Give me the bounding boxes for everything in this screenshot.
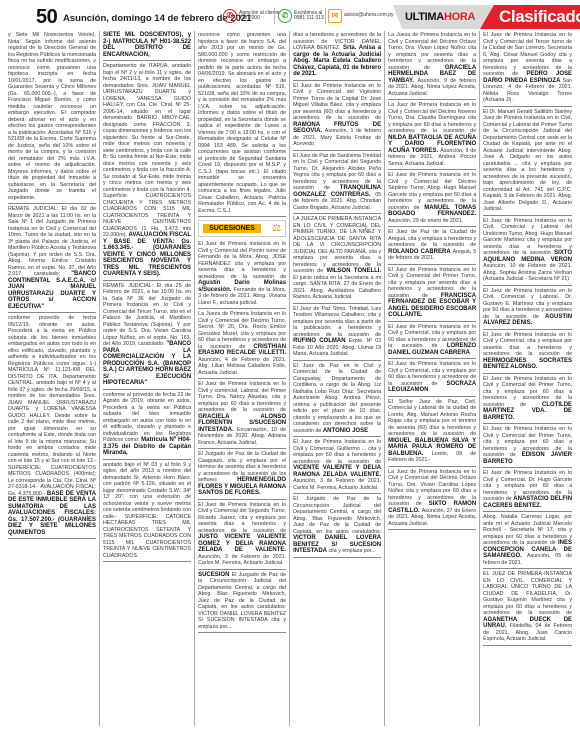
classified-ad: El Juez de Paz Stma. Trinidad, Luis Teod…: [293, 305, 381, 361]
classified-ad: El Juez de Paz en lo Civil y Comercial d…: [293, 362, 381, 438]
ad-highlight: RAMONA FRUTOS DE SEGOVIA.: [293, 122, 381, 135]
ad-highlight: INES CONCEPCION CANELA DE SAMANIEGO.: [483, 540, 572, 559]
classified-ad: El Juez de Paz de Santísima Trinidad en …: [293, 152, 381, 215]
ad-highlight: PEDRO JOSE DARIO PINEDA ESPINOZA: [483, 71, 572, 84]
divider: [325, 8, 326, 24]
classified-ad: reconoce como gravamen una hipoteca a fa…: [198, 31, 286, 217]
ad-highlight: WILSON TONELLI.: [326, 268, 381, 274]
column-3: reconoce como gravamen una hipoteca a fa…: [195, 31, 290, 726]
ad-highlight: Matrícula Nº H04-3.375 del Distrito de C…: [103, 437, 191, 456]
classified-ad: Abog. Natalia Carreras Logar, por ante m…: [483, 513, 572, 569]
classified-ad: días a herederos y acreedores de la suce…: [293, 31, 381, 81]
classified-ad: El Juzgado de Paz de la Ciudad de Caagua…: [198, 450, 286, 500]
classified-ad: conforme al proveído de fecha 22 de Agos…: [103, 391, 191, 460]
classified-ad: El Juzgado de Paz de la Circunscripción …: [293, 495, 381, 558]
contact-value: 0981 111 013: [294, 15, 324, 21]
classified-ad: El Juez de Primera Instancia en lo Civil…: [483, 331, 572, 374]
section-label: SUCESIONES: [203, 224, 261, 233]
contact-value: avisos@uhora.com.py: [344, 13, 394, 19]
ad-highlight: SIXTO AQUILANO MEDINA VERON: [483, 250, 572, 263]
ad-highlight: ANASTACIO DELFIN CACERES BENITEZ.: [483, 496, 572, 509]
ad-highlight: BASE DE VENTA DE ESTE INMUEBLE SERÁ LA S…: [8, 491, 96, 536]
classified-ad: El Juez de Primera Instancia en lo Civil…: [483, 425, 572, 468]
classified-ad: REMATE JUDICIAL: El día 02 de Marzo de 2…: [8, 205, 96, 313]
ad-highlight: LORENZO DANIEL GUZMAN CABRERA: [388, 343, 476, 356]
classified-ad: y Siete Mil Novecientos Veinte). Nota: S…: [8, 31, 96, 204]
classified-ad: EL JUEZ DE PRIMERA INSTANCIA EN LO CIVIL…: [483, 570, 572, 646]
ad-highlight: AGUSTIN ALVAREZ DENIS.: [483, 314, 572, 327]
newspaper-logo: ULTIMAHORA: [405, 11, 475, 23]
column-6: El Juez de Primera Instancia en lo Civil…: [480, 31, 575, 726]
page-number: 50: [36, 6, 57, 29]
page-header: 50 Asunción, domingo 14 de febrero de 20…: [0, 0, 580, 30]
ad-highlight: MIGUEL BALBUENA SILVA Y MARIA PAULA ROME…: [388, 438, 476, 457]
classified-ad: El Juez de Primera Instancia en lo Civil…: [198, 501, 286, 570]
classified-ad: El Juez de Primera Instancia en lo Civil…: [483, 469, 572, 512]
classified-ad: REMATE JUDICIAL: El día 25 de Febrero de…: [103, 282, 191, 390]
classified-ad: La Jueza de Primera Instancia en lo Civi…: [198, 310, 286, 379]
ad-highlight: MANUEL TOMAS BOGADO FERNANDEZ.: [388, 205, 476, 218]
ad-highlight: CLOTILDE MARTINEZ VDA. DE BARRETO.: [483, 402, 572, 421]
contact-value: 415 7000: [239, 15, 260, 21]
ad-highlight: EDISON JAVIER BARRETO: [483, 452, 572, 465]
classified-ad: conforme proveído de fecha 05/12/19, obr…: [8, 314, 96, 539]
column-5: La Jueza de Primera Instancia en lo Civi…: [385, 31, 480, 726]
ad-highlight: FRANCISCA FERNANDEZ DE ESCOBAR Y ANGEL D…: [388, 293, 476, 319]
classified-ad: El Juez de Primera Instancia en lo Civil…: [388, 171, 476, 227]
column-1: y Siete Mil Novecientos Veinte). Nota: S…: [5, 31, 100, 726]
ad-highlight: NILDA BATTAGLIA DE ACUÑA Y DARIO FLORENT…: [388, 135, 476, 154]
ad-highlight: HERMENEGILDO FLORES Y MIGUELA RAMONA SAN…: [198, 477, 286, 496]
email-contact: ✉ avisos@uhora.com.py: [328, 6, 394, 26]
classified-ad: El Juez de Primera Instancia en lo Civil…: [293, 438, 381, 494]
brand-banner: ULTIMAHORA Clasificados: [393, 5, 580, 29]
classified-ad: El Señor Juez de Paz, Civil, Comercial y…: [388, 398, 476, 467]
ad-highlight: ANTONIO JOSE: [323, 428, 368, 434]
classified-ad: El Juez de Primera Instancia en lo Civil…: [483, 375, 572, 425]
classified-ad: El Juez de Primera Instancia en lo Civil…: [388, 323, 476, 360]
classified-ad: El Juez de Primera Instancia en lo Civil…: [483, 287, 572, 330]
classified-ad: El Juez de Primera Instancia en lo Civil…: [198, 240, 286, 309]
classified-ad: anotado bajo el Nº 03 y al folio 9 y sgt…: [103, 461, 191, 563]
email-icon: ✉: [328, 9, 342, 23]
ad-highlight: CRISTHIAN ERASMO RECALDE VILLETTI.: [198, 344, 286, 357]
ad-highlight: JUSTO VICENTE VALIENTE GOMEZ Y DELIA RAM…: [198, 534, 286, 553]
ad-highlight: HERMOGENES SOCRATES BENITEZ ALONSO.: [483, 358, 572, 371]
ad-highlight: SUCESION: [198, 572, 232, 578]
classified-ad: LA JUEZA DE PRIMERA INSTANCIA EN LO CIVI…: [293, 215, 381, 304]
divider: [274, 8, 275, 24]
scales-icon: ⚖: [272, 223, 281, 234]
section-title: Clasificados: [499, 7, 580, 27]
ad-highlight: Srta. Anisa a cargo de la Actuaria Judic…: [293, 45, 381, 77]
ad-highlight: VICTOR DANIEL LOVERA BENITEZ S/ SUCESION…: [293, 535, 381, 554]
classified-ad: El Dr. Manuel Gerald Saltildín Stanley J…: [483, 108, 572, 216]
ad-highlight: RUFINO COLMAN: [293, 338, 349, 344]
whatsapp-icon: ✆: [278, 9, 292, 23]
whatsapp-contact: ✆ Escribinos al0981 111 013: [278, 6, 324, 26]
classifieds-columns: y Siete Mil Novecientos Veinte). Nota: S…: [5, 31, 575, 726]
ad-highlight: GRACIELA ALONSO FLORENTIN S/SUCESION INT…: [198, 414, 286, 433]
ad-highlight: SIXTO RAMON CASTILLO.: [388, 501, 476, 514]
ad-highlight: "BANCO CONTINENTAL S.A.E.C.A. c/ JUAN MA…: [8, 271, 96, 310]
classified-ad: La Juez de Primera Instancia en lo Civil…: [388, 101, 476, 170]
classified-ad: El Juez de Primera Instancia en lo Civil…: [293, 82, 381, 151]
classified-ad: SUCESION El Juzgado de Paz de la Circuns…: [198, 571, 286, 634]
ad-highlight: AGANETHA DUECK DE UNRAU.: [483, 617, 572, 630]
phone-icon: ✆: [223, 9, 237, 23]
section-header-sucesiones: SUCESIONES⚖: [198, 220, 286, 237]
ad-highlight: VICENTE VALIENTE Y DELIA RAMONA ZELADA V…: [293, 465, 381, 478]
ad-highlight: ROLANDO CABRERA: [388, 249, 453, 255]
classified-ad: Departamento de ITAPÚA, anotado bajo el …: [103, 62, 191, 281]
classified-ad: El Juez de Primera Instancia en lo Civil…: [388, 360, 476, 397]
ad-highlight: "BANCO PARA LA COMERCIALIZACIÓN Y LA PRO…: [103, 341, 191, 386]
classified-ad: El Juez de Primera Instancia en lo Civil…: [483, 217, 572, 286]
customer-service-contact: ✆ Atención al cliente415 7000: [223, 6, 280, 26]
ad-highlight: SOCRAZA LEGUIZAMON: [388, 381, 476, 394]
ad-highlight: SIETE MIL DOSCIENTOS), y 2-) MATRICULA N…: [103, 32, 191, 58]
classified-ad: El Juez de Paz de la Ciudad de Areguá, c…: [388, 228, 476, 265]
classified-ad: SIETE MIL DOSCIENTOS), y 2-) MATRICULA N…: [103, 31, 191, 61]
column-4: días a herederos y acreedores de la suce…: [290, 31, 385, 726]
classified-ad: El Juez de Primera Instancia en lo Civil…: [198, 380, 286, 449]
classified-ad: La Juez de Primera Instancia en lo Civil…: [388, 468, 476, 531]
classified-ad: La Jueza de Primera Instancia en lo Civi…: [388, 31, 476, 100]
ad-highlight: AVALUACIÓN FISCAL Y BASE DE VENTA: Gs. 1…: [103, 232, 191, 277]
classified-ad: El Juez de Primera Instancia en lo Civil…: [483, 31, 572, 107]
ad-highlight: Agustín Darío Molinas s/Sucesión.: [198, 280, 286, 293]
column-2: SIETE MIL DOSCIENTOS), y 2-) MATRICULA N…: [100, 31, 195, 726]
ad-highlight: GRACIELA HERMELINDA BAEZ DE YAMBAY.: [388, 65, 476, 84]
ad-highlight: TRANQUILINA GONZALEZ CONTRERAS.: [293, 185, 381, 198]
classified-ad: El Juez de Primera Instancia en lo Civil…: [388, 266, 476, 322]
